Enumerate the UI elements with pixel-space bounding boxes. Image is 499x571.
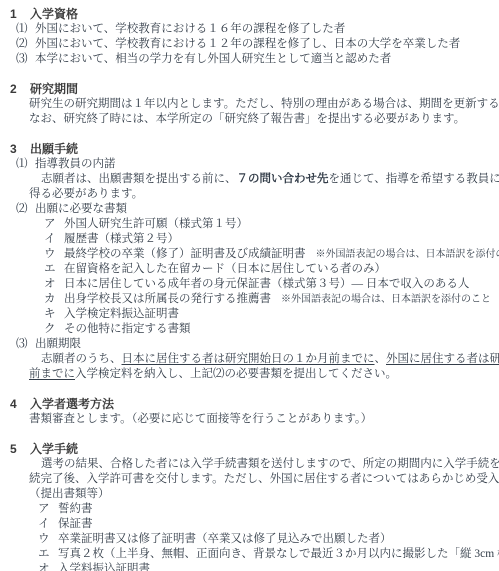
list-marker: ⑶: [16, 337, 35, 352]
section-number: 5: [10, 442, 30, 457]
section-number: 3: [10, 142, 30, 157]
list-item: エ 写真２枚（上半身、無帽、正面向き、背景なしで最近３か月以内に撮影した「縦 3…: [0, 547, 499, 562]
list-text: 本学において、相当の学力を有し外国人研究生として適当と認めた者: [35, 52, 391, 67]
section-research-period: 2 研究期間 研究生の研究期間は１年以内とします。ただし、特別の理由がある場合は…: [0, 82, 499, 127]
section-title: 出願手続: [30, 142, 78, 157]
translation-note: ※外国語表記の場合は、日本語訳を添付のこと: [281, 294, 491, 305]
paragraph-line: 研究生の研究期間は１年以内とします。ただし、特別の理由がある場合は、期間を更新す…: [29, 97, 499, 112]
list-marker: ア: [44, 217, 64, 232]
section-admission-qualifications: 1 入学資格 ⑴ 外国において、学校教育における１６年の課程を修了した者 ⑵ 外…: [0, 7, 499, 67]
list-marker: ⑵: [16, 202, 35, 217]
section-number: 1: [10, 7, 30, 22]
paragraph-text: 入学検定料を納入し、上記⑵の必要書類を提出してください。: [75, 368, 397, 380]
list-text: 出身学校長又は所属長の発行する推薦書※外国語表記の場合は、日本語訳を添付のこと: [64, 292, 491, 307]
list-marker: ウ: [44, 247, 64, 262]
section-number: 4: [10, 397, 30, 412]
list-item: キ 入学検定料振込証明書: [0, 307, 499, 322]
list-item: ⑴ 外国において、学校教育における１６年の課程を修了した者: [0, 22, 499, 37]
list-text: 卒業証明書又は修了証明書（卒業又は修了見込みで出願した者）: [58, 532, 392, 547]
list-item: ア 誓約書: [0, 502, 499, 517]
list-item: ウ 卒業証明書又は修了証明書（卒業又は修了見込みで出願した者）: [0, 532, 499, 547]
subsection-title: 出願期限: [35, 337, 81, 352]
section-heading: 1 入学資格: [0, 7, 499, 22]
paragraph-line: なお、研究終了時には、本学所定の「研究終了報告書」を提出する必要があります。: [29, 112, 499, 127]
section-enrollment-procedure: 5 入学手続 選考の結果、合格した者には入学手続書類を送付しますので、所定の期間…: [0, 442, 499, 571]
list-text: 誓約書: [58, 502, 93, 517]
list-text: その他特に指定する書類: [64, 322, 191, 337]
list-text: 入学料振込証明書: [58, 562, 150, 571]
paragraph-text: を通じて、指導を希望する教員による受: [329, 173, 499, 185]
list-text: 外国人研究生許可願（様式第１号）: [64, 217, 248, 232]
list-text: 外国において、学校教育における１６年の課程を修了した者: [35, 22, 345, 37]
section-title: 入学者選考方法: [30, 397, 114, 412]
translation-note: ※外国語表記の場合は、日本語訳を添付のこと: [316, 249, 499, 260]
list-marker: オ: [38, 562, 58, 571]
paragraph-line: 志願者のうち、日本に居住する者は研究開始日の１か月前までに、外国に居住する者は研…: [29, 352, 499, 367]
list-marker: カ: [44, 292, 64, 307]
subsection-title: 出願に必要な書類: [35, 202, 127, 217]
list-item: ⑶ 本学において、相当の学力を有し外国人研究生として適当と認めた者: [0, 52, 499, 67]
list-marker: ⑶: [16, 52, 35, 67]
list-item: オ 日本に居住している成年者の身元保証書（様式第３号）— 日本で収入のある人: [0, 277, 499, 292]
section-heading: 4 入学者選考方法: [0, 397, 499, 412]
subsection-application-deadline: ⑶ 出願期限: [0, 337, 499, 352]
list-marker: イ: [38, 517, 58, 532]
list-item: エ 在留資格を記入した在留カード（日本に居住している者のみ）: [0, 262, 499, 277]
list-text: 履歴書（様式第２号）: [64, 232, 179, 247]
paragraph-line: （提出書類等）: [29, 487, 499, 502]
paragraph-line: 続完了後、入学許可書を交付します。ただし、外国に居住する者についてはあらかじめ受…: [29, 472, 499, 487]
list-marker: ア: [38, 502, 58, 517]
list-text: 保証書: [58, 517, 93, 532]
list-item: ウ 最終学校の卒業（修了）証明書及び成績証明書※外国語表記の場合は、日本語訳を添…: [0, 247, 499, 262]
list-text: 最終学校の卒業（修了）証明書及び成績証明書※外国語表記の場合は、日本語訳を添付の…: [64, 247, 499, 262]
list-item: ク その他特に指定する書類: [0, 322, 499, 337]
underlined-deadline-abroad-cont: 前までに: [29, 368, 75, 380]
section-heading: 5 入学手続: [0, 442, 499, 457]
section-application-procedure: 3 出願手続 ⑴ 指導教員の内諾 志願者は、出願書類を提出する前に、７の問い合わ…: [0, 142, 499, 382]
paragraph-line: 選考の結果、合格した者には入学手続書類を送付しますので、所定の期間内に入学手続を…: [29, 457, 499, 472]
list-text-main: 出身学校長又は所属長の発行する推薦書: [64, 293, 271, 305]
list-marker: オ: [44, 277, 64, 292]
list-text: 写真２枚（上半身、無帽、正面向き、背景なしで最近３か月以内に撮影した「縦 3cm…: [58, 547, 499, 562]
list-marker: キ: [44, 307, 64, 322]
list-marker: ウ: [38, 532, 58, 547]
section-title: 入学資格: [30, 7, 78, 22]
section-number: 2: [10, 82, 30, 97]
section-heading: 3 出願手続: [0, 142, 499, 157]
list-text: 入学検定料振込証明書: [64, 307, 179, 322]
underlined-deadline-japan: 日本に居住する者は研究開始日の１か月前までに: [122, 353, 375, 365]
list-marker: イ: [44, 232, 64, 247]
list-text: 外国において、学校教育における１２年の課程を修了し、日本の大学を卒業した者: [35, 37, 460, 52]
list-item: オ 入学料振込証明書: [0, 562, 499, 571]
paragraph-line: 志願者は、出願書類を提出する前に、７の問い合わせ先を通じて、指導を希望する教員に…: [29, 172, 499, 187]
list-item: ⑵ 外国において、学校教育における１２年の課程を修了し、日本の大学を卒業した者: [0, 37, 499, 52]
list-text: 日本に居住している成年者の身元保証書（様式第３号）— 日本で収入のある人: [64, 277, 469, 292]
list-item: ア 外国人研究生許可願（様式第１号）: [0, 217, 499, 232]
paragraph-text: 志願者のうち、: [41, 353, 122, 365]
list-item: カ 出身学校長又は所属長の発行する推薦書※外国語表記の場合は、日本語訳を添付のこ…: [0, 292, 499, 307]
section-heading: 2 研究期間: [0, 82, 499, 97]
list-marker: ⑴: [16, 22, 35, 37]
subsection-title: 指導教員の内諾: [35, 157, 116, 172]
document-page: 1 入学資格 ⑴ 外国において、学校教育における１６年の課程を修了した者 ⑵ 外…: [0, 0, 499, 571]
subsection-advisor-consent: ⑴ 指導教員の内諾: [0, 157, 499, 172]
bold-contact-ref: ７の問い合わせ先: [237, 173, 329, 185]
paragraph-line: 前までに入学検定料を納入し、上記⑵の必要書類を提出してください。: [29, 367, 499, 382]
underlined-deadline-abroad: 外国に居住する者は研究開始: [386, 353, 499, 365]
list-marker: ⑵: [16, 37, 35, 52]
list-text: 在留資格を記入した在留カード（日本に居住している者のみ）: [64, 262, 386, 277]
paragraph-text: 志願者は、出願書類を提出する前に、: [41, 173, 237, 185]
list-item: イ 保証書: [0, 517, 499, 532]
subsection-required-documents: ⑵ 出願に必要な書類: [0, 202, 499, 217]
section-selection-method: 4 入学者選考方法 書類審査とします。（必要に応じて面接等を行うことがあります。…: [0, 397, 499, 427]
list-text-main: 最終学校の卒業（修了）証明書及び成績証明書: [64, 248, 306, 260]
section-title: 入学手続: [30, 442, 78, 457]
list-marker: ⑴: [16, 157, 35, 172]
paragraph-text: 、: [375, 353, 387, 365]
list-marker: エ: [44, 262, 64, 277]
list-marker: ク: [44, 322, 64, 337]
paragraph-line: 得る必要があります。: [29, 187, 499, 202]
paragraph-line: 書類審査とします。（必要に応じて面接等を行うことがあります。）: [29, 412, 499, 427]
section-title: 研究期間: [30, 82, 78, 97]
list-item: イ 履歴書（様式第２号）: [0, 232, 499, 247]
list-marker: エ: [38, 547, 58, 562]
